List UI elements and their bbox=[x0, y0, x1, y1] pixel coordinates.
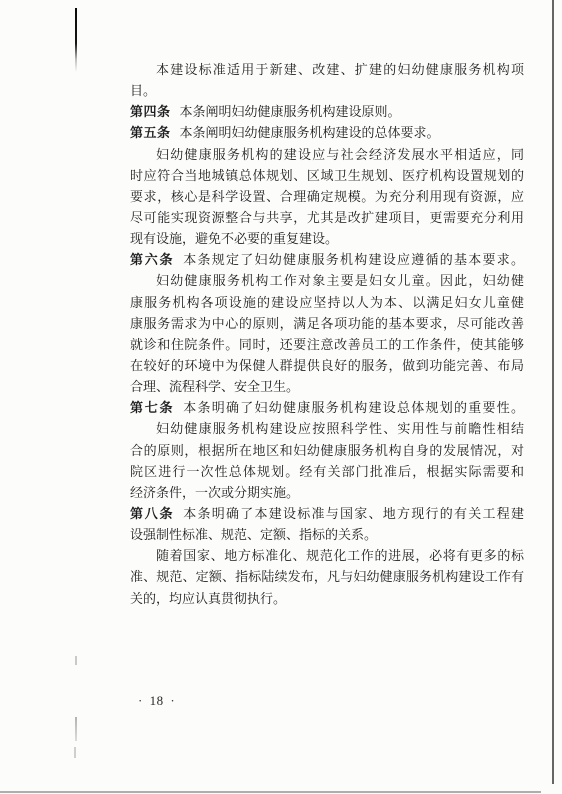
scan-fold-mark bbox=[75, 8, 77, 72]
text-line: 时应符合当地城镇总体规划、区域卫生规划、医疗机构设置规划的 bbox=[130, 165, 524, 186]
article-number-label: 第六条 bbox=[130, 252, 174, 267]
text-line: 随着国家、地方标准化、规范化工作的进展，必将有更多的标 bbox=[130, 545, 524, 566]
text-line: 第七条本条明确了妇幼健康服务机构建设总体规划的重要性。 bbox=[130, 397, 524, 418]
text-line: 设强制性标准、规范、定额、指标的关系。 bbox=[130, 524, 524, 545]
scan-smudge bbox=[74, 747, 76, 758]
scan-smudge bbox=[75, 717, 77, 741]
text-line: 目。 bbox=[130, 80, 524, 101]
text-line: 本建设标准适用于新建、改建、扩建的妇幼健康服务机构项 bbox=[130, 59, 524, 80]
article-number-label: 第四条 bbox=[130, 104, 171, 119]
text-line: 康服务机构各项设施的建设应坚持以人为本、以满足妇女儿童健 bbox=[130, 292, 524, 313]
text-line: 合理、流程科学、安全卫生。 bbox=[130, 376, 524, 397]
text-line: 第四条本条阐明妇幼健康服务机构建设原则。 bbox=[130, 101, 524, 122]
text-line: 妇幼健康服务机构建设应按照科学性、实用性与前瞻性相结 bbox=[130, 418, 524, 439]
text-line: 合的原则，根据所在地区和妇幼健康服务机构自身的发展情况，对 bbox=[130, 440, 524, 461]
text-line: 康服务需求为中心的原则，满足各项功能的基本要求，尽可能改善 bbox=[130, 313, 524, 334]
text-line: 院区进行一次性总体规划。经有关部门批准后，根据实际需要和 bbox=[130, 461, 524, 482]
scan-smudge bbox=[75, 656, 77, 665]
scanned-document-page: 本建设标准适用于新建、改建、扩建的妇幼健康服务机构项目。第四条本条阐明妇幼健康服… bbox=[0, 0, 562, 794]
text-line: 在较好的环境中为保健人群提供良好的服务，做到功能完善、布局 bbox=[130, 355, 524, 376]
text-line: 现有设施，避免不必要的重复建设。 bbox=[130, 228, 524, 249]
text-line: 妇幼健康服务机构工作对象主要是妇女儿童。因此，妇幼健 bbox=[130, 270, 524, 291]
text-line: 关的，均应认真贯彻执行。 bbox=[130, 588, 524, 609]
page-number: · 18 · bbox=[138, 693, 175, 709]
text-line: 妇幼健康服务机构的建设应与社会经济发展水平相适应，同 bbox=[130, 144, 524, 165]
text-line: 准、规范、定额、指标陆续发布，凡与妇幼健康服务机构建设工作有 bbox=[130, 566, 524, 587]
scan-edge-line-bottom bbox=[0, 791, 541, 793]
text-line: 就诊和住院条件。同时，还要注意改善员工的工作条件，使其能够 bbox=[130, 334, 524, 355]
text-line: 尽可能实现资源整合与共享，尤其是改扩建项目，更需要充分利用 bbox=[130, 207, 524, 228]
text-line: 第六条本条规定了妇幼健康服务机构建设应遵循的基本要求。 bbox=[130, 249, 524, 270]
article-number-label: 第七条 bbox=[130, 400, 174, 415]
document-body-text: 本建设标准适用于新建、改建、扩建的妇幼健康服务机构项目。第四条本条阐明妇幼健康服… bbox=[130, 59, 524, 609]
scan-edge-line-right bbox=[552, 0, 554, 784]
article-number-label: 第五条 bbox=[130, 125, 171, 140]
text-line: 第八条本条明确了本建设标准与国家、地方现行的有关工程建 bbox=[130, 503, 524, 524]
text-line: 经济条件，一次或分期实施。 bbox=[130, 482, 524, 503]
text-line: 要求，核心是科学设置、合理确定规模。为充分利用现有资源，应 bbox=[130, 186, 524, 207]
article-number-label: 第八条 bbox=[130, 506, 174, 521]
text-line: 第五条本条阐明妇幼健康服务机构建设的总体要求。 bbox=[130, 122, 524, 143]
